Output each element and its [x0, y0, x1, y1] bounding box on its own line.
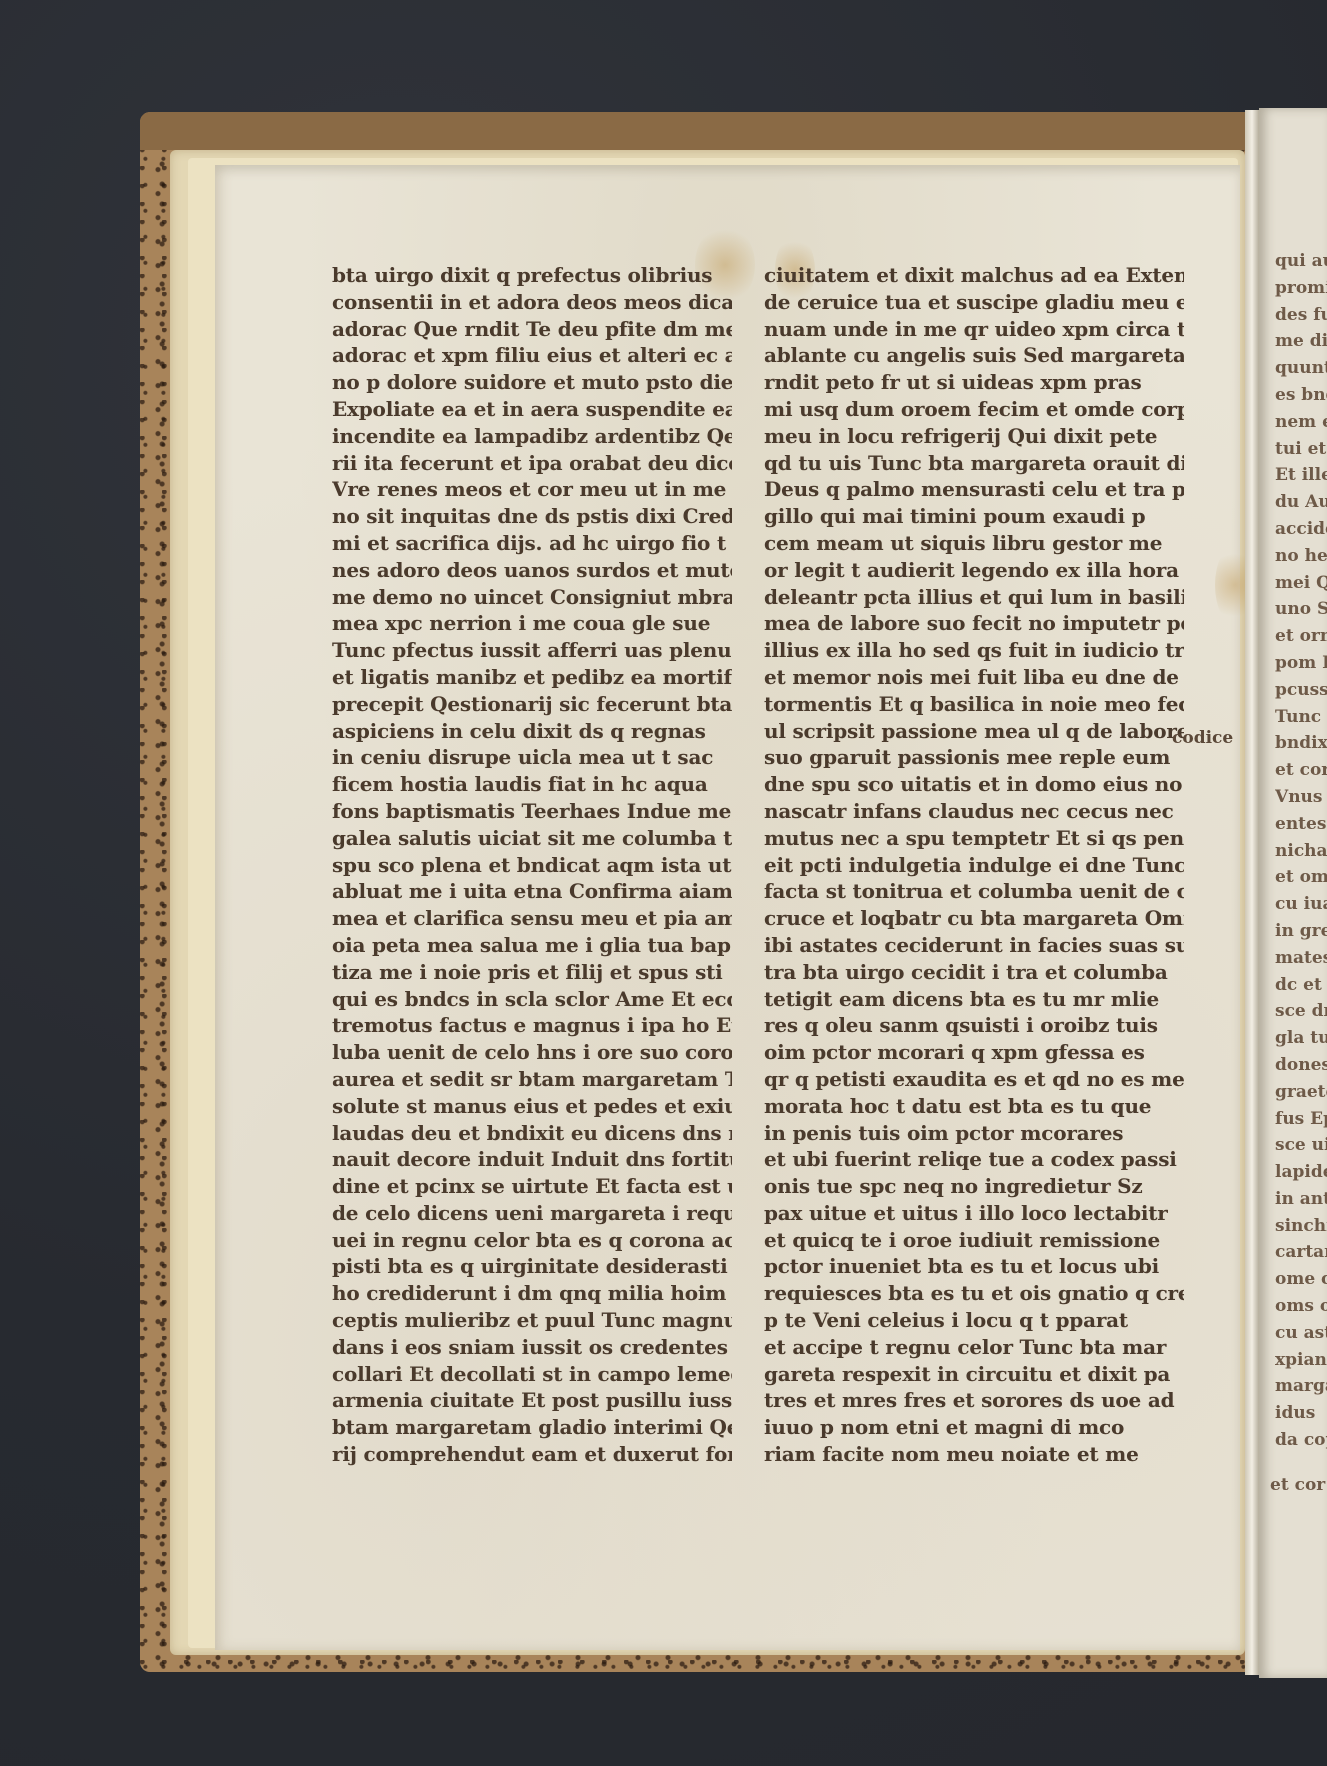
facing-page-line: sinchim — [1275, 1213, 1327, 1240]
manuscript-line: de ceruice tua et suscipe gladiu meu et — [764, 289, 1184, 316]
manuscript-line: cem meam ut siquis libru gestor me — [764, 530, 1184, 557]
manuscript-line: tra bta uirgo cecidit i tra et columba — [764, 959, 1184, 986]
facing-page-line: no hebre — [1275, 543, 1327, 570]
manuscript-line: aurea et sedit sr btam margaretam Tunc — [332, 1066, 732, 1093]
manuscript-line: ho crediderunt i dm qnq milia hoim ex — [332, 1280, 732, 1307]
manuscript-line: adorac et xpm filiu eius et alteri ec ap… — [332, 342, 732, 369]
manuscript-line: mea de labore suo fecit no imputetr pcta — [764, 610, 1184, 637]
text-column-right: ciuitatem et dixit malchus ad ea Extende… — [764, 262, 1184, 1468]
facing-page-line: cu iuau — [1275, 891, 1327, 918]
manuscript-line: ficem hostia laudis fiat in hc aqua — [332, 771, 732, 798]
manuscript-line: gareta respexit in circuitu et dixit pa — [764, 1361, 1184, 1388]
facing-page-line: es bndc — [1275, 382, 1327, 409]
facing-page-line: dones — [1275, 1052, 1327, 1079]
manuscript-line: ibi astates ceciderunt in facies suas su… — [764, 932, 1184, 959]
facing-page-line: et ornau — [1275, 623, 1327, 650]
facing-page-line: xpiano — [1275, 1347, 1327, 1374]
manuscript-line: p te Veni celeius i locu q t pparat — [764, 1307, 1184, 1334]
manuscript-line: Tunc pfectus iussit afferri uas plenu aq — [332, 637, 732, 664]
manuscript-line: spu sco plena et bndicat aqm ista ut — [332, 852, 732, 879]
facing-page-line: pcussio — [1275, 677, 1327, 704]
facing-page-line: cartar — [1275, 1239, 1327, 1266]
facing-page-line: idus — [1275, 1400, 1327, 1427]
facing-page-line: mates — [1275, 945, 1327, 972]
facing-page-line: in anti — [1275, 1186, 1327, 1213]
manuscript-line: Vre renes meos et cor meu ut in me — [332, 476, 732, 503]
facing-page-line: du Aue — [1275, 489, 1327, 516]
manuscript-line: aspiciens in celu dixit ds q regnas — [332, 718, 732, 745]
margin-annotation: codice — [1172, 728, 1233, 748]
facing-page-line: nichar — [1275, 838, 1327, 865]
facing-page-line: uno Sic — [1275, 596, 1327, 623]
manuscript-line: or legit t audierit legendo ex illa hora — [764, 557, 1184, 584]
facing-page-text-fragments: qui aupromissades fuitme digniquunt des … — [1275, 248, 1327, 1454]
manuscript-line: et accipe t regnu celor Tunc bta mar — [764, 1334, 1184, 1361]
facing-page-line: entes m — [1275, 811, 1327, 838]
manuscript-line: Deus q palmo mensurasti celu et tra pu — [764, 476, 1184, 503]
manuscript-line: et ligatis manibz et pedibz ea mortifiar… — [332, 664, 732, 691]
manuscript-line: et memor nois mei fuit liba eu dne de — [764, 664, 1184, 691]
facing-page-line: nem ecc — [1275, 409, 1327, 436]
manuscript-line: de celo dicens ueni margareta i requiem … — [332, 1200, 732, 1227]
manuscript-line: gillo qui mai timini poum exaudi p — [764, 503, 1184, 530]
manuscript-line: incendite ea lampadibz ardentibz Qestion… — [332, 423, 732, 450]
facing-page-line: et oms — [1275, 864, 1327, 891]
facing-page-line: promissa — [1275, 275, 1327, 302]
manuscript-line: laudas deu et bndixit eu dicens dns reg — [332, 1120, 732, 1147]
manuscript-line: mi usq dum oroem fecim et omde corpus — [764, 396, 1184, 423]
facing-page-line: ome c — [1275, 1266, 1327, 1293]
facing-page-line: bndixeu — [1275, 730, 1327, 757]
manuscript-line: riam facite nom meu noiate et me — [764, 1441, 1184, 1468]
manuscript-line: ablante cu angelis suis Sed margareta — [764, 342, 1184, 369]
manuscript-line: Expoliate ea et in aera suspendite ea et — [332, 396, 732, 423]
facing-page-line: des fuit — [1275, 302, 1327, 329]
manuscript-line: dans i eos sniam iussit os credentes de — [332, 1334, 732, 1361]
manuscript-line: meu in locu refrigerij Qui dixit pete — [764, 423, 1184, 450]
manuscript-line: illius ex illa ho sed qs fuit in iudicio… — [764, 637, 1184, 664]
manuscript-line: tetigit eam dicens bta es tu mr mlie — [764, 986, 1184, 1013]
manuscript-line: rij comprehendut eam et duxerut foras — [332, 1441, 732, 1468]
manuscript-line: bta uirgo dixit q prefectus olibrius — [332, 262, 732, 289]
manuscript-line: in ceniu disrupe uicla mea ut t sac — [332, 744, 732, 771]
manuscript-line: mea xpc nerrion i me coua gle sue — [332, 610, 732, 637]
facing-page-line: Vnus — [1275, 784, 1327, 811]
manuscript-line: nauit decore induit Induit dns fortitu — [332, 1146, 732, 1173]
manuscript-line: no p dolore suidore et muto psto die — [332, 369, 732, 396]
manuscript-line: qui es bndcs in scla sclor Ame Et ecce — [332, 986, 732, 1013]
manuscript-line: onis tue spc neq no ingredietur Sz — [764, 1173, 1184, 1200]
facing-page-line: graete — [1275, 1079, 1327, 1106]
facing-page-line: fus Ep — [1275, 1106, 1327, 1133]
manuscript-line: fons baptismatis Teerhaes Indue me — [332, 798, 732, 825]
facing-page-line: mei Qu — [1275, 570, 1327, 597]
manuscript-line: nuam unde in me qr uideo xpm circa te — [764, 316, 1184, 343]
facing-page-line: accide te — [1275, 516, 1327, 543]
manuscript-line: oia peta mea salua me i glia tua bap — [332, 932, 732, 959]
facing-page-line: quunt d — [1275, 355, 1327, 382]
manuscript-line: armenia ciuitate Et post pusillu iussit — [332, 1387, 732, 1414]
facing-page-line: me digni — [1275, 328, 1327, 355]
manuscript-line: tremotus factus e magnus i ipa ho Et co — [332, 1012, 732, 1039]
facing-page-line: pom Et — [1275, 650, 1327, 677]
book-gutter — [1245, 110, 1259, 1675]
manuscript-line: mutus nec a spu temptetr Et si qs pen — [764, 825, 1184, 852]
facing-page-edge: qui aupromissades fuitme digniquunt des … — [1259, 108, 1327, 1678]
manuscript-line: adorac Que rndit Te deu pfite dm meu — [332, 316, 732, 343]
manuscript-line: iuuo p nom etni et magni di mco — [764, 1414, 1184, 1441]
manuscript-line: tiza me i noie pris et filij et spus sti — [332, 959, 732, 986]
manuscript-line: deleantr pcta illius et qui lum in basil… — [764, 584, 1184, 611]
manuscript-line: res q oleu sanm qsuisti i oroibz tuis — [764, 1012, 1184, 1039]
binding-top-edge — [140, 112, 1255, 150]
facing-page-line: margar — [1275, 1373, 1327, 1400]
manuscript-line: rndit peto fr ut si uideas xpm pras — [764, 369, 1184, 396]
manuscript-line: oim pctor mcorari q xpm gfessa es — [764, 1039, 1184, 1066]
manuscript-line: et ubi fuerint reliqe tue a codex passi — [764, 1146, 1184, 1173]
manuscript-line: consentii in et adora deos meos dicat na… — [332, 289, 732, 316]
manuscript-line: collari Et decollati st in campo lemedi … — [332, 1361, 732, 1388]
manuscript-line: requiesces bta es tu et ois gnatio q cre… — [764, 1280, 1184, 1307]
manuscript-line: mi et sacrifica dijs. ad hc uirgo fio t … — [332, 530, 732, 557]
manuscript-line: uei in regnu celor bta es q corona acce — [332, 1227, 732, 1254]
manuscript-line: nascatr infans claudus nec cecus nec — [764, 798, 1184, 825]
manuscript-line: qr q petisti exaudita es et qd no es me — [764, 1066, 1184, 1093]
manuscript-line: pctor inueniet bta es tu et locus ubi — [764, 1253, 1184, 1280]
manuscript-line: tres et mres fres et sorores ds uoe ad — [764, 1387, 1184, 1414]
manuscript-line: ceptis mulieribz et puul Tunc magnus pfe… — [332, 1307, 732, 1334]
manuscript-line: pisti bta es q uirginitate desiderasti I… — [332, 1253, 732, 1280]
facing-page-line: in greci — [1275, 918, 1327, 945]
manuscript-line: abluat me i uita etna Confirma aiam — [332, 878, 732, 905]
manuscript-line: no sit inquitas dne ds pstis dixi Crede — [332, 503, 732, 530]
facing-page-footer-fragment: et cor — [1270, 1475, 1325, 1495]
manuscript-line: me demo no uincet Consigniut mbra — [332, 584, 732, 611]
facing-page-line: lapide — [1275, 1159, 1327, 1186]
facing-page-line: dc et m — [1275, 972, 1327, 999]
manuscript-line: eit pcti indulgetia indulge ei dne Tunc — [764, 852, 1184, 879]
manuscript-line: in penis tuis oim pctor mcorares — [764, 1120, 1184, 1147]
facing-page-line: oms o — [1275, 1293, 1327, 1320]
manuscript-line: rii ita fecerunt et ipa orabat deu dicen… — [332, 450, 732, 477]
manuscript-line: qd tu uis Tunc bta margareta orauit dice… — [764, 450, 1184, 477]
facing-page-line: cu astr — [1275, 1320, 1327, 1347]
manuscript-line: pax uitue et uitus i illo loco lectabitr — [764, 1200, 1184, 1227]
facing-page-line: Et ille d — [1275, 462, 1327, 489]
manuscript-line: dine et pcinx se uirtute Et facta est uo… — [332, 1173, 732, 1200]
manuscript-line: facta st tonitrua et columba uenit de ce… — [764, 878, 1184, 905]
facing-page-line: tui et p — [1275, 436, 1327, 463]
facing-page-line: qui au — [1275, 248, 1327, 275]
text-column-left: bta uirgo dixit q prefectus olibriuscons… — [332, 262, 732, 1468]
facing-page-line: Tunc sc — [1275, 704, 1327, 731]
manuscript-line: solute st manus eius et pedes et exiuit … — [332, 1093, 732, 1120]
manuscript-line: btam margaretam gladio interimi Qestiona — [332, 1414, 732, 1441]
facing-page-line: sce uir — [1275, 1132, 1327, 1159]
facing-page-line: gla tua — [1275, 1025, 1327, 1052]
manuscript-line: tormentis Et q basilica in noie meo feci… — [764, 691, 1184, 718]
manuscript-line: ul scripsit passione mea ul q de labore — [764, 718, 1184, 745]
manuscript-line: ciuitatem et dixit malchus ad ea Extende — [764, 262, 1184, 289]
manuscript-line: morata hoc t datu est bta es tu que — [764, 1093, 1184, 1120]
manuscript-line: suo gparuit passionis mee reple eum — [764, 744, 1184, 771]
manuscript-line: dne spu sco uitatis et in domo eius no — [764, 771, 1184, 798]
manuscript-line: nes adoro deos uanos surdos et mutos et — [332, 557, 732, 584]
manuscript-line: et quicq te i oroe iudiuit remissione — [764, 1227, 1184, 1254]
facing-page-line: sce dni — [1275, 998, 1327, 1025]
manuscript-line: luba uenit de celo hns i ore suo coronam — [332, 1039, 732, 1066]
facing-page-line: da cop — [1275, 1427, 1327, 1454]
manuscript-line: cruce et loqbatr cu bta margareta Omnes — [764, 905, 1184, 932]
manuscript-line: precepit Qestionarij sic fecerunt bta ui… — [332, 691, 732, 718]
manuscript-line: mea et clarifica sensu meu et pia ame — [332, 905, 732, 932]
manuscript-line: galea salutis uiciat sit me columba tua — [332, 825, 732, 852]
facing-page-line: et corrq — [1275, 757, 1327, 784]
